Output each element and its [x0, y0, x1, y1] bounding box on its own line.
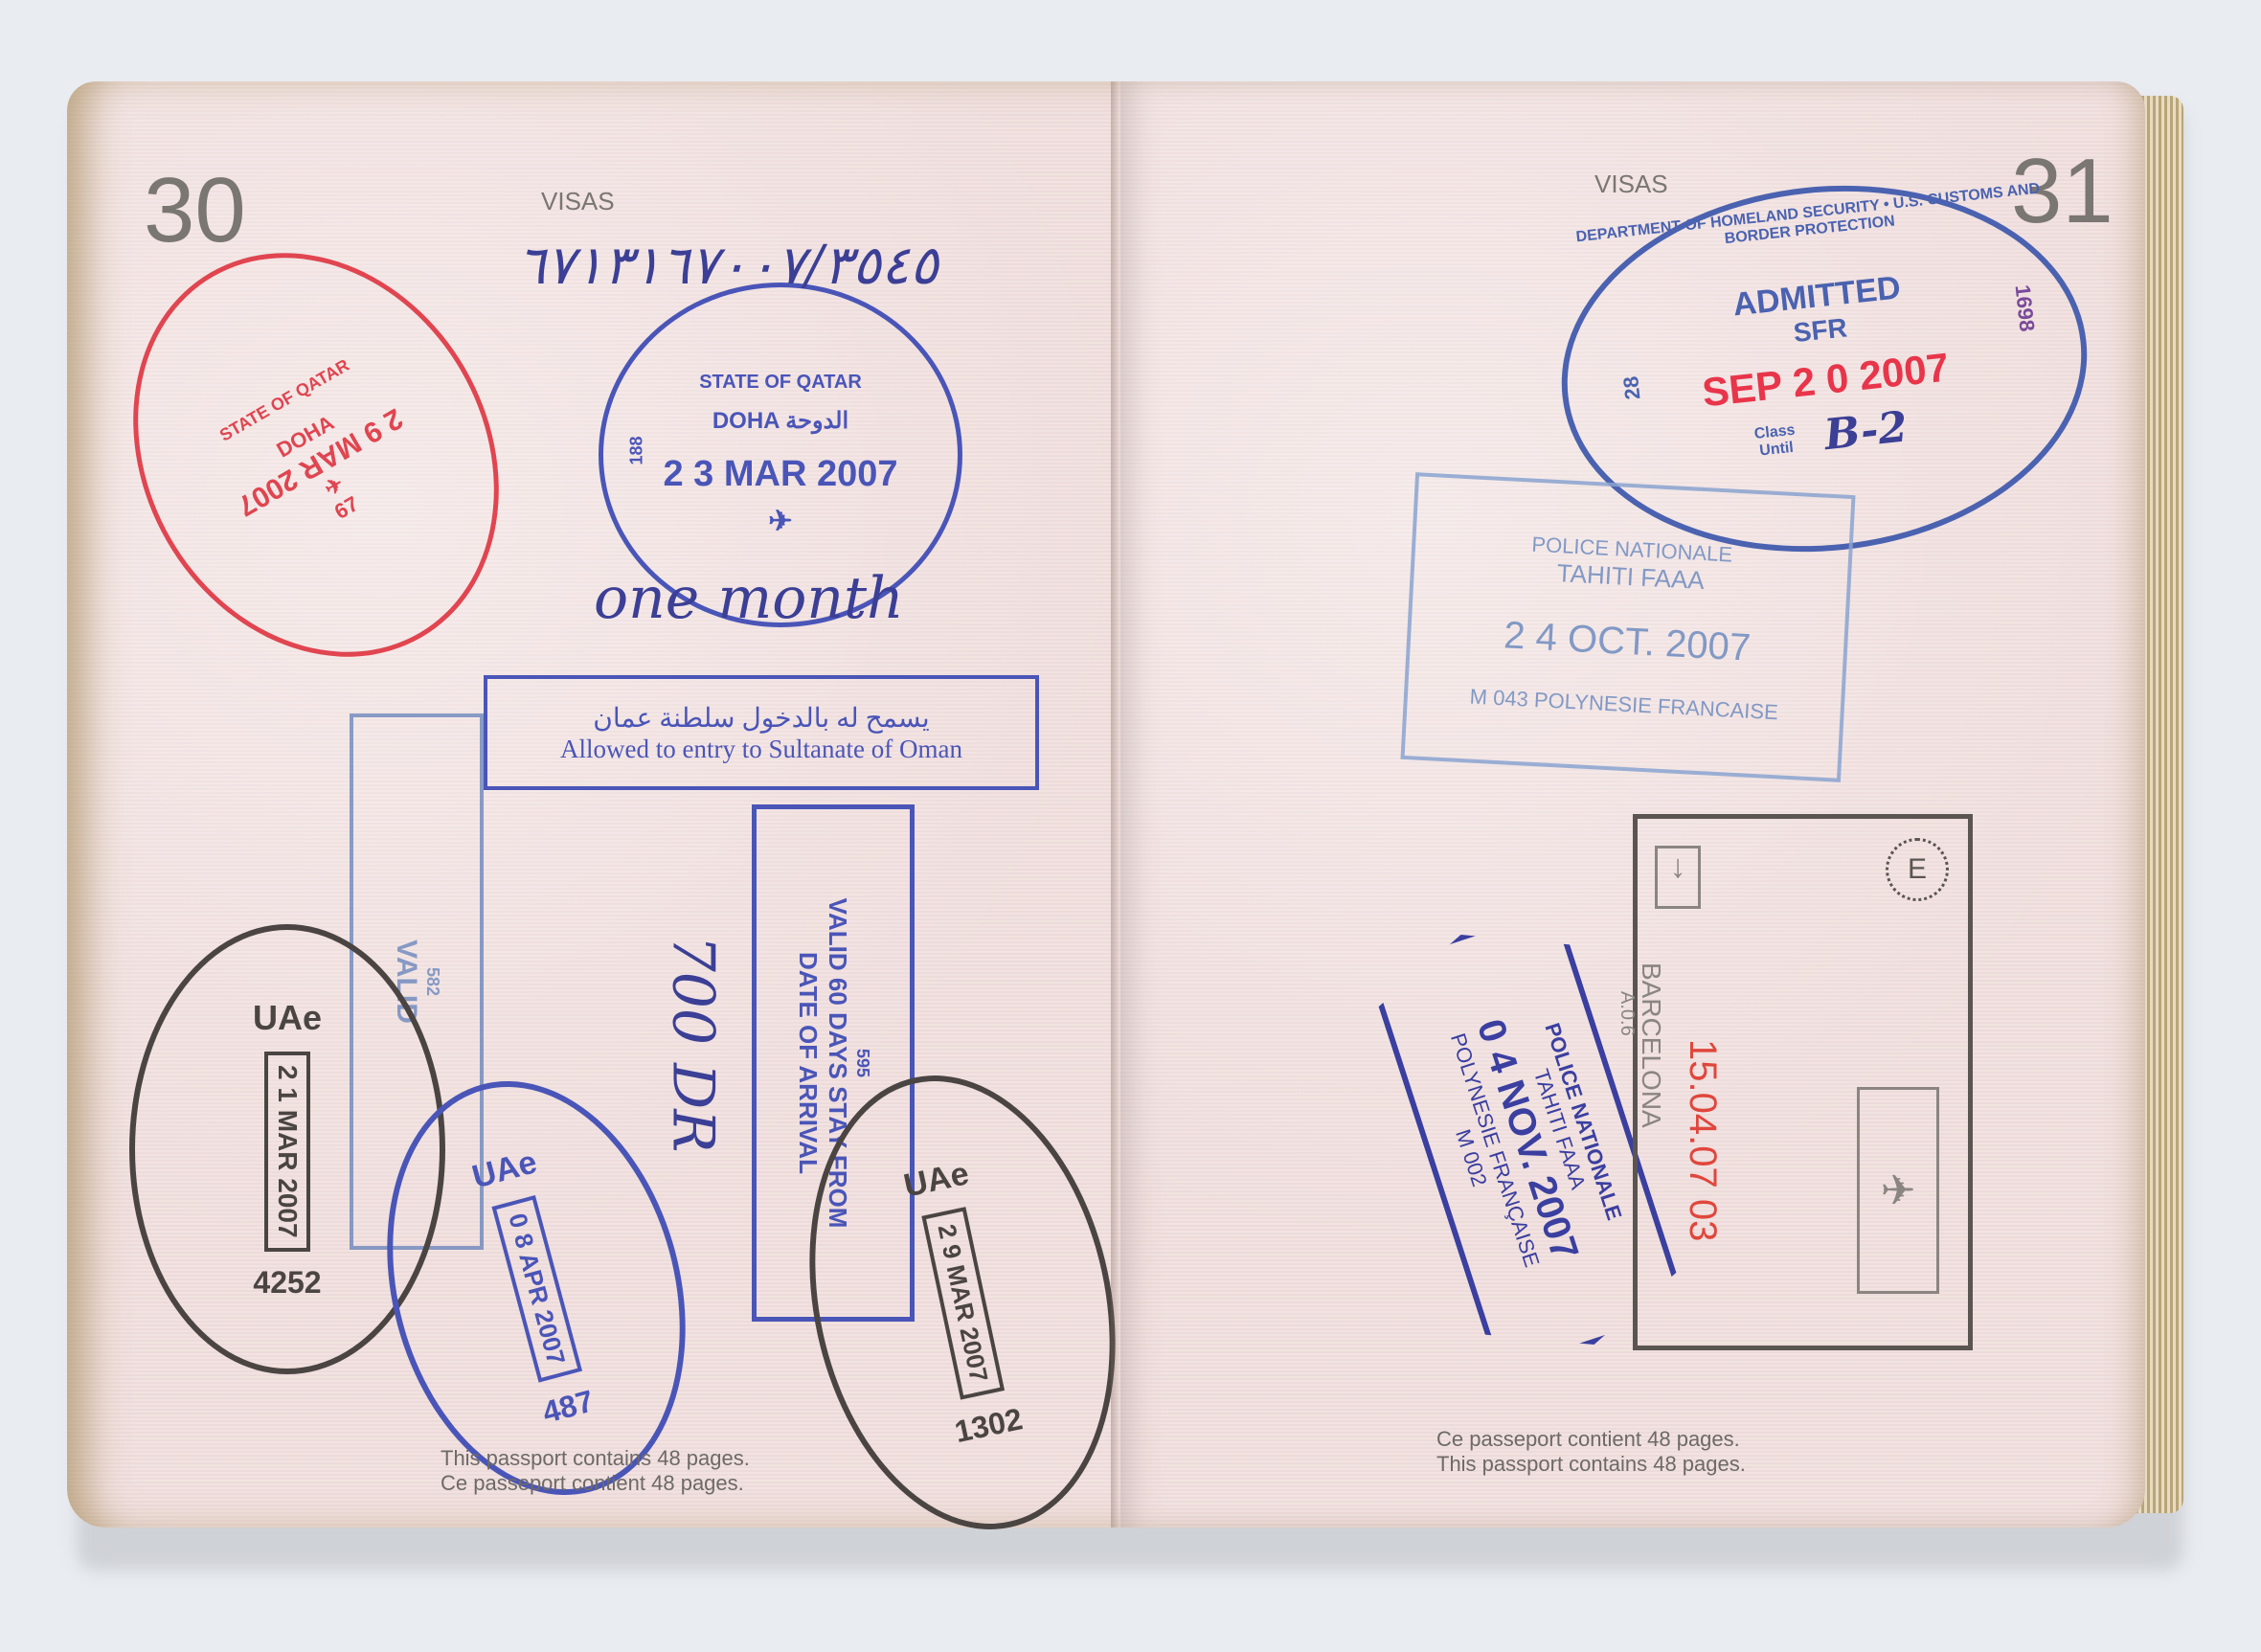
barcelona-schengen-stamp: ↓ E 15.04.07 03 BARCELONA A.0.6 ✈ — [1633, 814, 1973, 1350]
stamp-port: SFR — [1792, 312, 1848, 349]
qatar-exit-stamp: STATE OF QATAR DOHA 2 9 MAR 2007 ✈ 67 — [61, 186, 571, 723]
eu-emblem-icon: E — [1886, 838, 1949, 901]
stamp-code: 595 — [853, 1049, 873, 1077]
stamp-date: 15.04.07 03 — [1681, 1039, 1724, 1241]
stamp-code: A.0.6 — [1616, 991, 1638, 1036]
stamp-date: 2 1 MAR 2007 — [264, 1052, 310, 1252]
oman-entry-stamp: يسمح له بالدخول سلطنة عمان Allowed to en… — [484, 675, 1039, 790]
stamp-date: SEP 2 0 2007 — [1700, 345, 1951, 417]
handwritten-visa-number: ٦٧١٣١٦٧٠٠٧/٣٥٤٥ — [517, 235, 938, 297]
handwritten-note: 700 DR — [659, 936, 726, 1153]
airplane-icon: ✈ — [1857, 1087, 1939, 1294]
page-footer: Ce passeport contient 48 pages. This pas… — [1436, 1427, 1746, 1477]
footer-english: This passport contains 48 pages. — [441, 1446, 750, 1471]
stamp-country: UAe — [253, 998, 322, 1038]
page-header: VISAS — [541, 187, 615, 216]
entry-arrow-icon: ↓ — [1655, 846, 1701, 909]
stamp-date: 0 8 APR 2007 — [491, 1195, 582, 1383]
stamp-number: 4252 — [253, 1265, 321, 1301]
footer-english: This passport contains 48 pages. — [1436, 1452, 1746, 1477]
stamp-number-right: 1698 — [2010, 283, 2040, 332]
page-header: VISAS — [1594, 170, 1668, 199]
stamp-country: STATE OF QATAR — [699, 372, 862, 394]
stamp-text: DATE OF ARRIVAL — [794, 952, 824, 1174]
stamp-date: 2 9 MAR 2007 — [921, 1207, 1005, 1399]
footer-french: Ce passeport contient 48 pages. — [1436, 1427, 1746, 1452]
footer-french: Ce passeport contient 48 pages. — [441, 1471, 750, 1496]
stamp-date: 2 3 MAR 2007 — [663, 454, 897, 495]
stamp-country: UAe — [468, 1143, 541, 1196]
page-number: 30 — [144, 158, 246, 263]
stamp-line2: TAHITI FAAA — [1556, 558, 1706, 596]
stamp-arabic: يسمح له بالدخول سلطنة عمان — [593, 702, 929, 735]
stamp-number: 1302 — [952, 1401, 1026, 1450]
left-page: 30 VISAS STATE OF QATAR DOHA 2 9 MAR 200… — [67, 81, 1120, 1528]
handwritten-duration: one month — [594, 565, 904, 632]
stamp-city: BARCELONA — [1636, 962, 1666, 1128]
stamp-city-arabic: الدوحة — [785, 408, 848, 434]
until-label: Until — [1755, 439, 1797, 460]
page-footer: This passport contains 48 pages. Ce pass… — [441, 1446, 750, 1496]
stamp-number: 188 — [627, 436, 647, 464]
right-page: VISAS 31 DEPARTMENT OF HOMELAND SECURITY… — [1120, 81, 2145, 1528]
stamp-date: 2 4 OCT. 2007 — [1503, 614, 1752, 669]
stamp-number: 487 — [539, 1384, 598, 1432]
tahiti-entry-stamp: POLICE NATIONALE TAHITI FAAA 2 4 OCT. 20… — [1400, 472, 1855, 782]
stamp-city: DOHA — [712, 408, 780, 434]
stamp-number-left: 28 — [1618, 375, 1645, 401]
stamp-code: M 043 POLYNESIE FRANCAISE — [1469, 684, 1778, 725]
handwritten-class: B-2 — [1822, 402, 1911, 460]
stamp-country: UAe — [901, 1155, 973, 1205]
airplane-icon: ✈ — [768, 505, 792, 538]
stamp-text: Allowed to entry to Sultanate of Oman — [560, 735, 962, 764]
stamp-code: 582 — [423, 967, 443, 996]
